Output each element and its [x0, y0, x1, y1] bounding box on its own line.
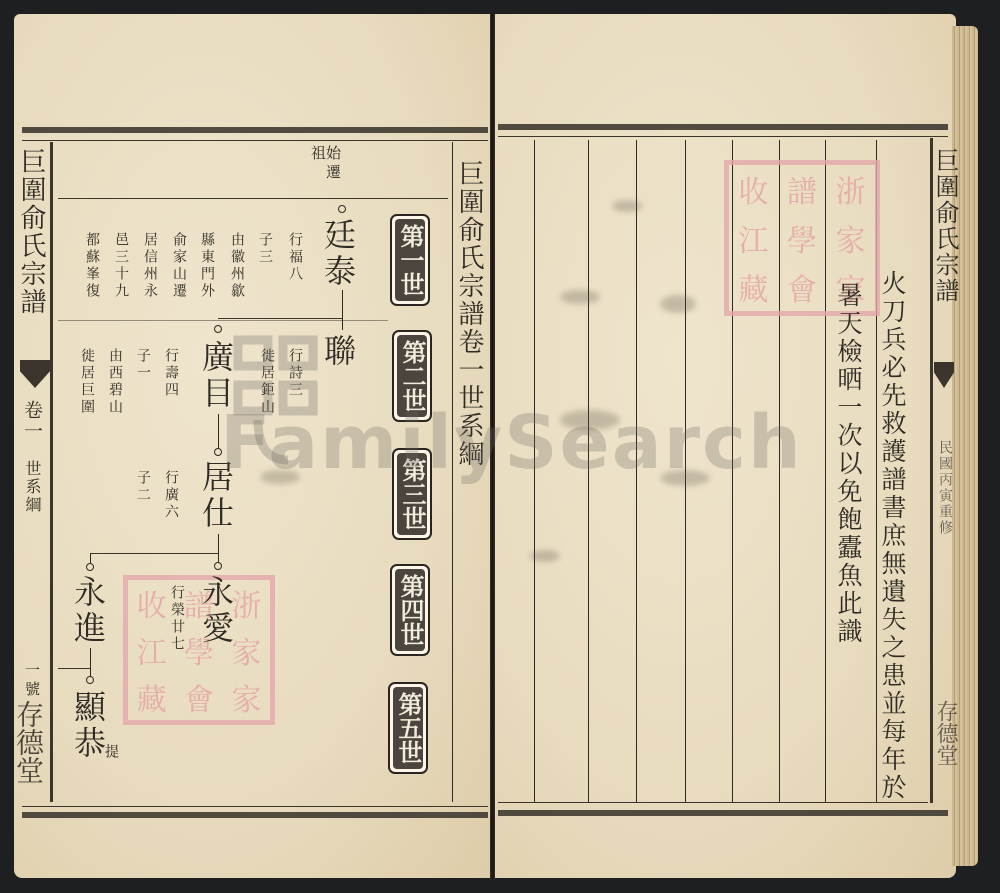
generation-5-label: 第五世 [388, 682, 428, 774]
right-margin-edition: 民國丙寅重修 [938, 440, 952, 536]
person-xiangong[interactable]: 顯恭 [72, 690, 104, 762]
person-yongai[interactable]: 永愛 [200, 575, 232, 647]
left-margin-section: 世系綱 [24, 460, 40, 514]
generation-1-label: 第一世 [390, 214, 430, 306]
note-tingtai-4: 俞家山遷 [172, 232, 186, 300]
left-margin-rule [50, 142, 53, 802]
link-branch-gen4 [90, 553, 218, 554]
node-yongai [214, 562, 222, 570]
person-yongjin[interactable]: 永進 [72, 575, 104, 647]
stain [612, 200, 642, 212]
link-tingtai-lian [342, 290, 343, 330]
note-tingtai-6: 邑三十九 [114, 232, 128, 300]
note-guangmu-1: 子一 [136, 348, 150, 382]
stain [530, 550, 560, 562]
right-margin-hall: 存德堂 [934, 700, 956, 766]
right-top-border [498, 124, 948, 130]
row-rule-gen2 [58, 320, 388, 321]
stain [560, 290, 600, 304]
note-jushi-1: 子二 [136, 470, 150, 504]
left-margin-volume: 卷一 [22, 400, 41, 442]
note-guangmu-0: 行壽四 [164, 348, 178, 399]
note-xiangong-0: 提 [104, 744, 118, 758]
note-guangmu-3: 徙居巨圍 [80, 348, 94, 416]
node-guangmu [214, 325, 222, 333]
note-tingtai-5: 居信州永 [143, 232, 157, 300]
link-branch-gen5 [58, 668, 90, 669]
left-bottom-border [22, 812, 488, 818]
node-xiangong [86, 676, 94, 684]
link-branch-gen2 [218, 318, 342, 319]
left-top-thin-rule [22, 140, 488, 141]
stain [660, 295, 696, 313]
left-margin-hall: 存德堂 [14, 700, 42, 784]
left-margin-title: 巨圍俞氏宗譜 [18, 148, 44, 316]
left-top-border [22, 127, 488, 133]
left-bottom-thin-rule [22, 806, 488, 807]
note-tingtai-7: 都蘇峯復 [85, 232, 99, 300]
note-tingtai-0: 行福八 [288, 232, 302, 283]
note-guangmu-2: 由西碧山 [108, 348, 122, 416]
note-jushi-0: 行廣六 [164, 470, 178, 521]
note-yongai-0: 行榮廿七 [170, 585, 184, 653]
note-tingtai-3: 縣東門外 [200, 232, 214, 300]
right-top-thin-rule [498, 136, 948, 137]
right-bottom-border [498, 810, 948, 816]
note-tingtai-2: 由徽州歙 [230, 232, 244, 300]
familysearch-watermark: FamilySearch [220, 400, 803, 486]
generation-4-label: 第四世 [390, 564, 430, 656]
node-tingtai [338, 205, 346, 213]
person-tingtai[interactable]: 廷泰 [322, 218, 354, 290]
notice-line-1: 火刀兵必先救護譜書庶無遺失之患並每年於 [880, 270, 905, 802]
node-yongjin [86, 563, 94, 571]
header-label: 始遷祖 [300, 145, 340, 195]
header-rule [58, 198, 448, 199]
note-tingtai-1: 子三 [258, 232, 272, 266]
notice-line-2: 暑天檢晒一次以免飽蠹魚此識 [836, 282, 861, 646]
left-margin-number: 一號 [24, 662, 39, 700]
right-bottom-thin-rule [498, 802, 928, 803]
right-margin-title: 巨圍俞氏宗譜 [933, 148, 957, 304]
